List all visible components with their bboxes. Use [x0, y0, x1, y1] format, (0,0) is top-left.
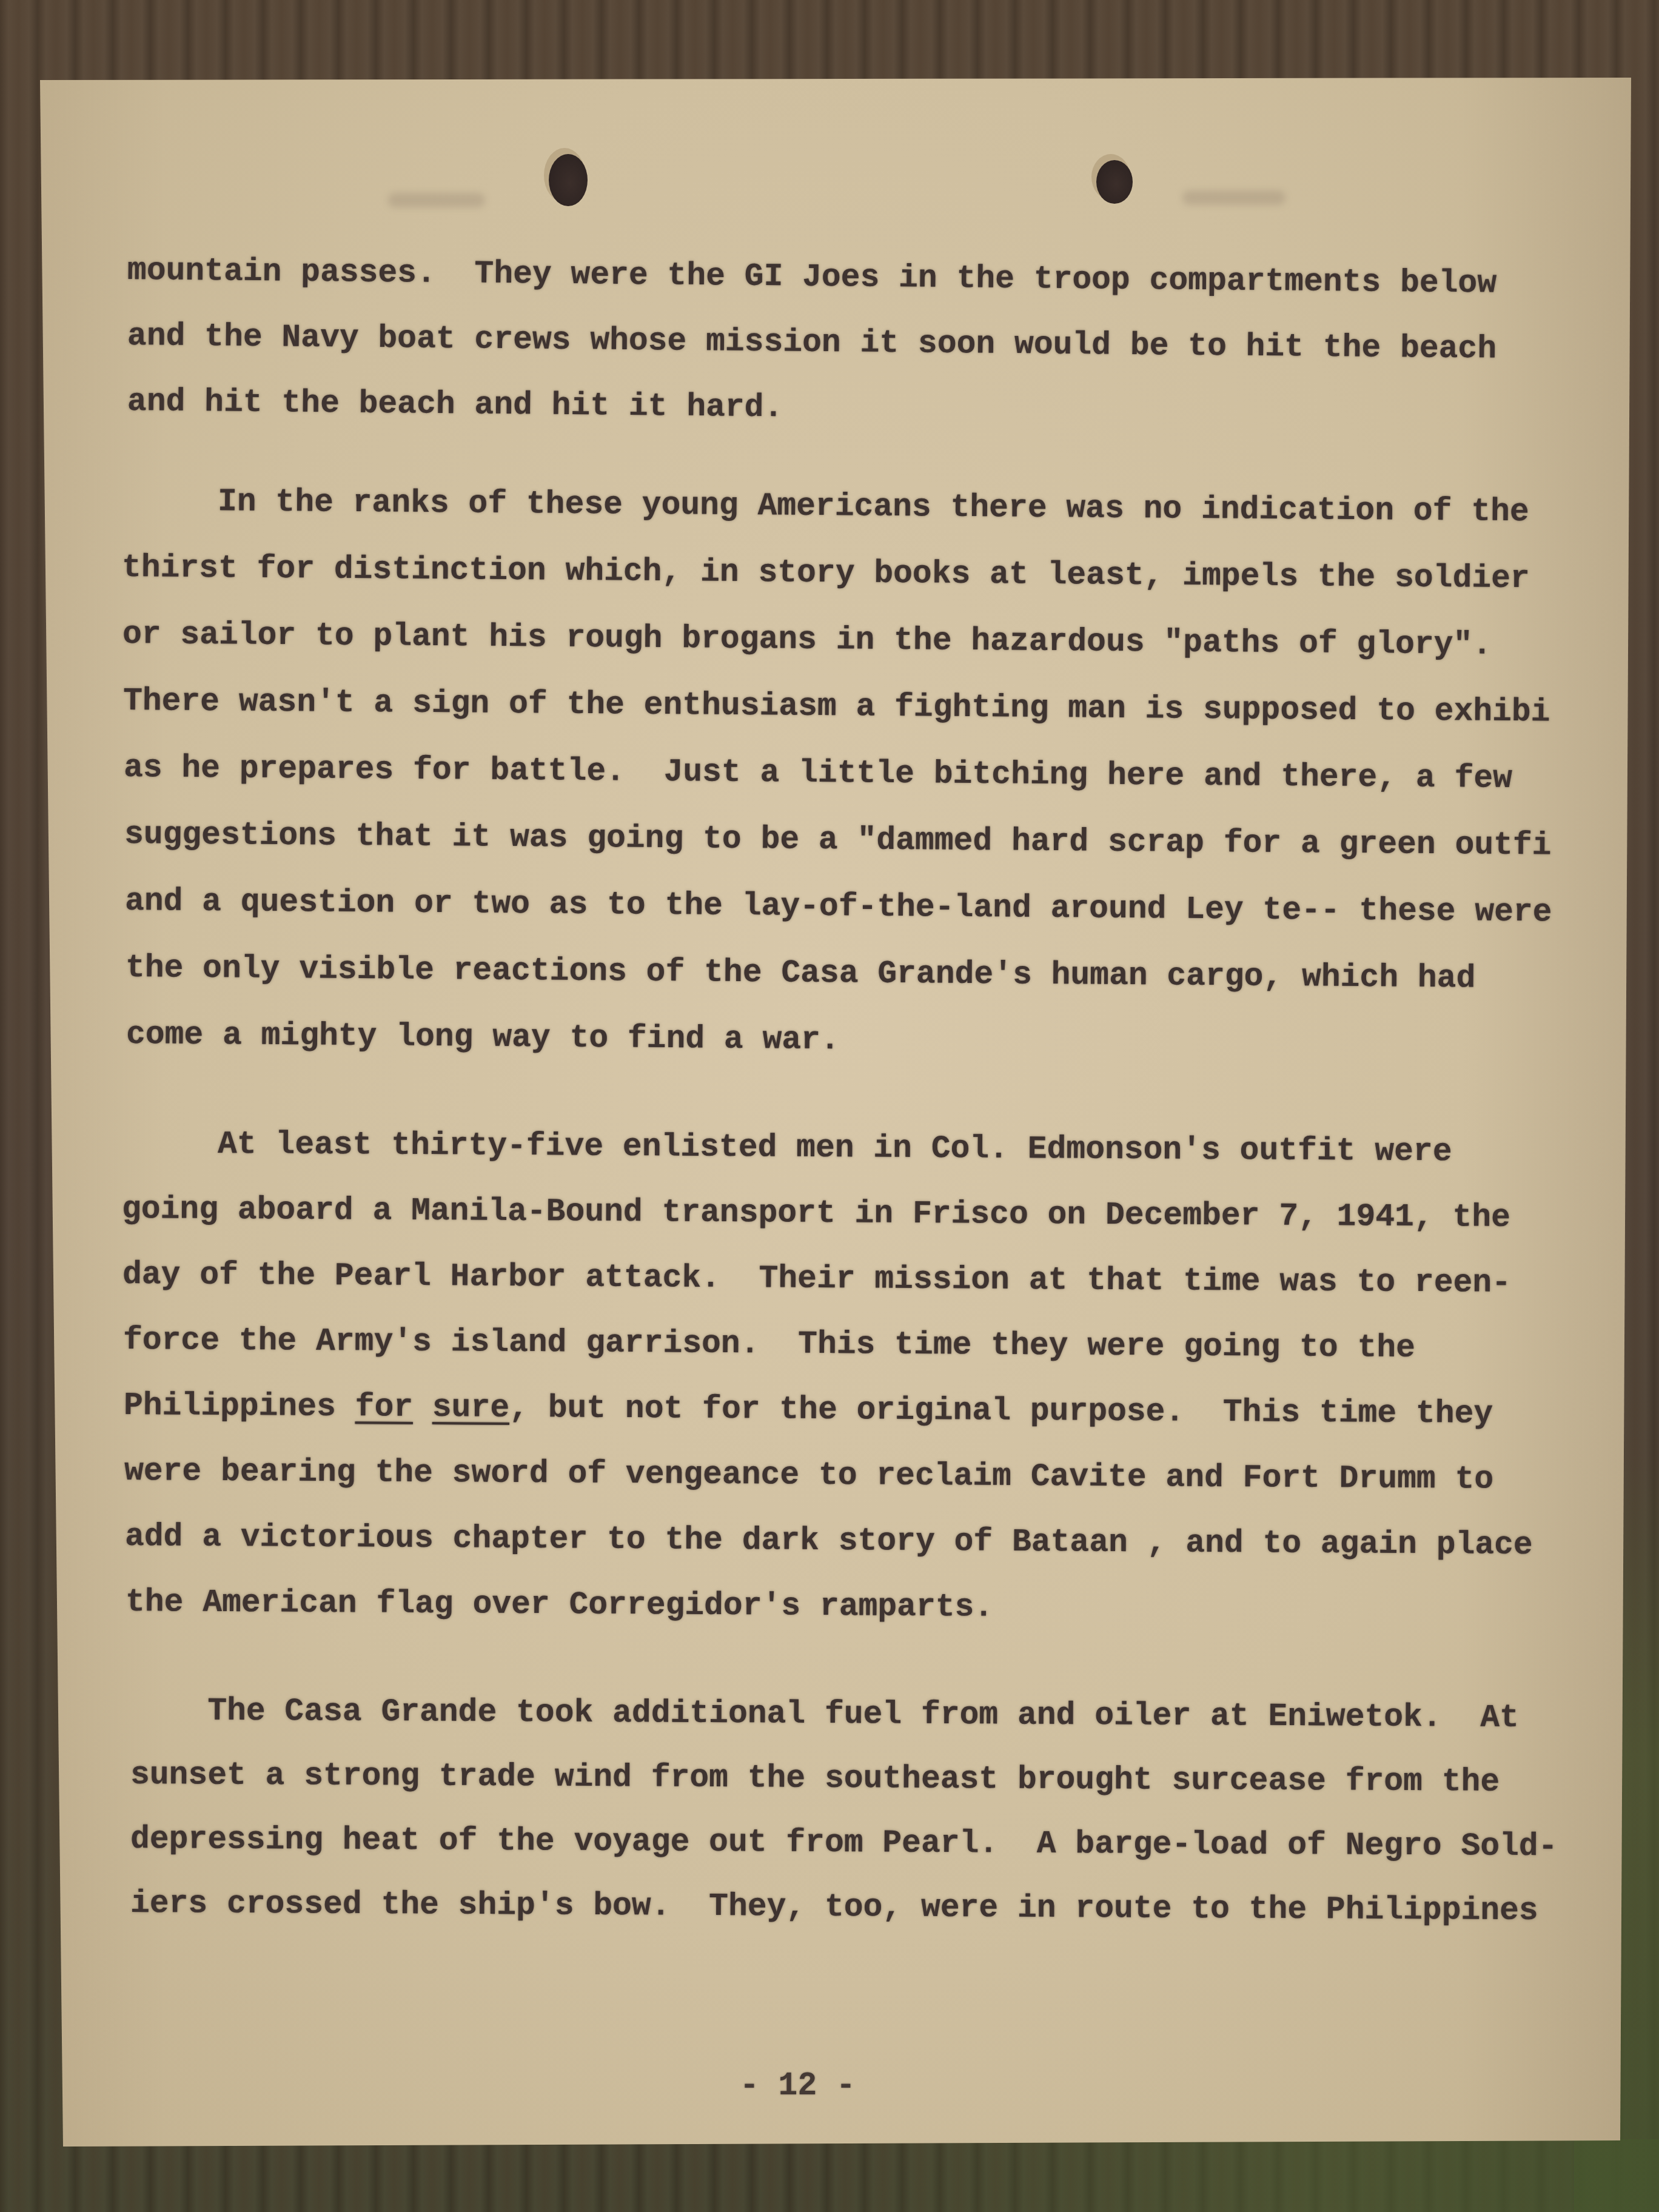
text-line: force the Army's island garrison. This t… [123, 1324, 1415, 1364]
text-line: In the ranks of these young Americans th… [121, 485, 1529, 528]
text-line: add a victorious chapter to the dark sto… [125, 1521, 1533, 1561]
text-line: depressing heat of the voyage out from P… [130, 1823, 1558, 1863]
underlined-word: sure [432, 1389, 510, 1426]
text-line: day of the Pearl Harbor attack. Their mi… [122, 1259, 1511, 1299]
text-line: There wasn't a sign of the enthusiasm a … [123, 685, 1550, 728]
text-line: as he prepares for battle. Just a little… [124, 752, 1512, 795]
text-line: and the Navy boat crews whose mission it… [127, 320, 1497, 366]
underlined-word: for [355, 1389, 413, 1426]
text-line: and a question or two as to the lay-of-t… [125, 885, 1552, 928]
typewritten-body: mountain passes. They were the GI Joes i… [0, 0, 1659, 2212]
text-line: the American flag over Corregidor's ramp… [126, 1586, 994, 1624]
text-line: The Casa Grande took additional fuel fro… [130, 1695, 1519, 1734]
text-line: suggestions that it was going to be a "d… [124, 819, 1552, 862]
text-line: Philippines for sure, but not for the or… [124, 1390, 1493, 1430]
text-line: and hit the beach and hit it hard. [127, 386, 783, 424]
text-line: the only visible reactions of the Casa G… [126, 952, 1476, 994]
text-line: At least thirty-five enlisted men in Col… [121, 1128, 1452, 1168]
text-line: or sailor to plant his rough brogans in … [122, 618, 1492, 662]
text-line: sunset a strong trade wind from the sout… [130, 1759, 1500, 1798]
page-number: - 12 - [740, 2068, 856, 2104]
text-line: were bearing the sword of vengeance to r… [124, 1455, 1493, 1496]
text-line: iers crossed the ship's bow. They, too, … [130, 1888, 1538, 1927]
text-line: come a mighty long way to find a war. [126, 1019, 840, 1056]
text-line: going aboard a Manila-Bound transport in… [122, 1193, 1510, 1234]
text-line: mountain passes. They were the GI Joes i… [127, 255, 1497, 300]
text-line: thirst for distinction which, in story b… [122, 552, 1530, 595]
